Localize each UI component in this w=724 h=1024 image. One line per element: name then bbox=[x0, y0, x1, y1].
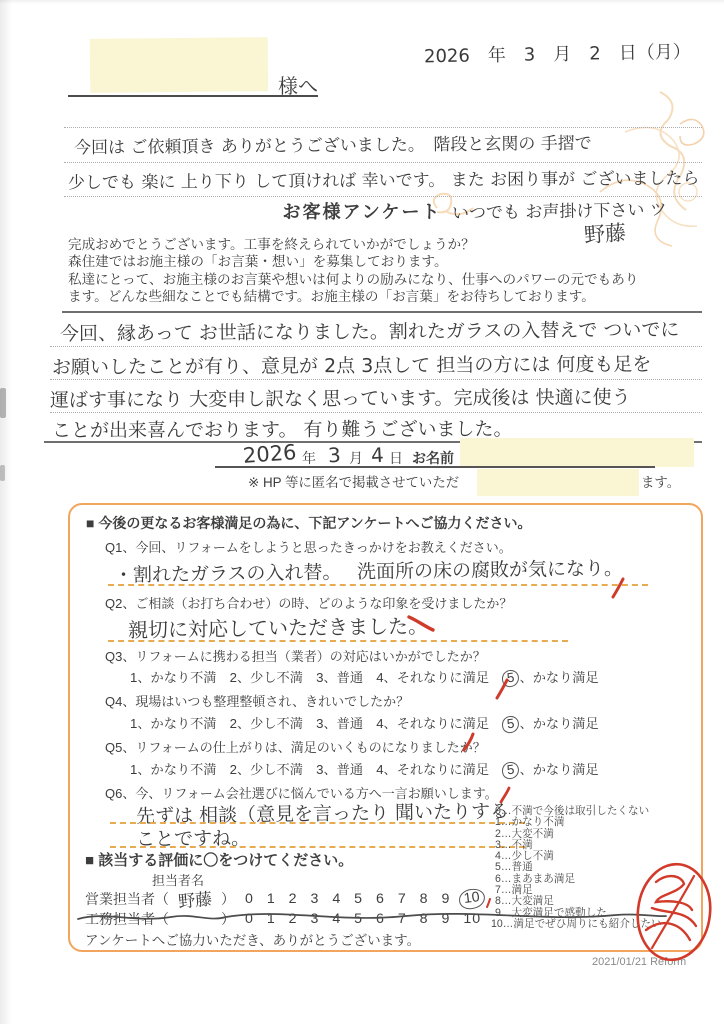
selected-rating: 5 bbox=[506, 716, 515, 732]
red-check-mark bbox=[406, 613, 436, 633]
ruled-line bbox=[50, 379, 702, 380]
rating-heading: ■ 該当する評価に〇をつけてください。 bbox=[85, 849, 353, 870]
legend-item: 1…かなり不満 bbox=[491, 817, 662, 828]
q3-options-row: 1、かなり不満 2、少し不満 3、普通 4、それなりに満足 5、かなり満足 bbox=[130, 667, 599, 687]
answer-line bbox=[110, 846, 525, 848]
red-check-mark bbox=[498, 786, 512, 804]
comment-line-3: 運ばす事になり 大変申し訳なく思っています。完成後は 快適に使う bbox=[50, 382, 631, 412]
privacy-note-suffix: ます。 bbox=[641, 472, 680, 491]
options-suffix: 、かなり満足 bbox=[520, 762, 599, 777]
q5-options-row: 1、かなり不満 2、少し不満 3、普通 4、それなりに満足 5、かなり満足 bbox=[130, 759, 599, 779]
sales-selected-score: 10 bbox=[463, 889, 481, 907]
options-prefix: 1、かなり不満 2、少し不満 3、普通 4、それなりに満足 bbox=[130, 670, 502, 685]
privacy-note-prefix: ※ HP 等に匿名で掲載させていただ bbox=[248, 472, 459, 491]
question-q2-label: Q2、ご相談（お打ち合わせ）の時、どのような印象を受けましたか？ bbox=[105, 593, 512, 612]
intro-line-4: ます。どんな些細なことでも結構です。お施主様の「お言葉」をお待ちしております。 bbox=[68, 285, 595, 305]
greeting-line-1: 今回は ご依頼頂き ありがとうございました。 階段と玄関の 手摺で bbox=[74, 129, 592, 159]
question-q3-label: Q3、リフォームに携わる担当（業者）の対応はいかがでしたか？ bbox=[105, 646, 486, 665]
comment-line-2: お願いしたことが有り、意見が 2点 3点して 担当の方には 何度も足を bbox=[52, 349, 651, 379]
options-suffix: 、かなり満足 bbox=[520, 716, 599, 731]
comment-line-1: 今回、縁あって お世話になりました。割れたガラスの入替えで ついでに bbox=[60, 315, 680, 346]
survey-heading: ■ 今後の更なるお客様満足の為に、下記アンケートへご協力ください。 bbox=[86, 513, 532, 533]
recipient-underline bbox=[68, 95, 318, 97]
comment-top-rule bbox=[62, 311, 702, 313]
comment-date-day: 4 bbox=[370, 443, 384, 468]
options-prefix: 1、かなり不満 2、少し不満 3、普通 4、それなりに満足 bbox=[130, 762, 502, 777]
question-q4-label: Q4、現場はいつも整理整頓され、きれいでしたか？ bbox=[105, 691, 409, 710]
day-label: 日 bbox=[389, 448, 403, 468]
scan-edge-top bbox=[0, 0, 724, 4]
q4-options-row: 1、かなり不満 2、少し不満 3、普通 4、それなりに満足 5、かなり満足 bbox=[130, 713, 599, 733]
ruled-line bbox=[50, 346, 702, 347]
options-prefix: 1、かなり不満 2、少し不満 3、普通 4、それなりに満足 bbox=[130, 716, 502, 731]
staff-signature: 野藤 bbox=[583, 217, 627, 250]
intro-line-2: 森住建ではお施主様の「お言葉・想い」を募集しております。 bbox=[68, 250, 448, 270]
year-label: 年 bbox=[302, 448, 316, 468]
red-dot-mark bbox=[485, 897, 493, 909]
greeting-line-2: 少しでも 楽に 上り下り して頂ければ 幸いです。 また お困り事が ございまし… bbox=[68, 164, 700, 193]
options-suffix: 、かなり満足 bbox=[520, 670, 599, 685]
name-label: お名前 bbox=[412, 448, 454, 468]
name-redaction-highlight bbox=[90, 37, 269, 93]
scan-edge-left bbox=[0, 0, 12, 1024]
ruled-line bbox=[64, 127, 702, 128]
red-check-mark bbox=[461, 731, 477, 753]
red-check-mark bbox=[610, 577, 626, 599]
pen-circle-mark: 5 bbox=[501, 761, 520, 780]
answer-line bbox=[108, 584, 648, 586]
page-title: お客様アンケート bbox=[232, 198, 492, 224]
red-approval-stamp bbox=[628, 850, 722, 970]
scanned-survey-page: 様へ 2026 年 3 月 2 日（月） 今回は ご依頼頂き ありがとうございま… bbox=[0, 0, 724, 1024]
question-q1-label: Q1、今回、リフォームをしようと思ったきっかけをお教えください。 bbox=[105, 537, 512, 556]
red-check-mark bbox=[494, 678, 510, 700]
privacy-redaction-highlight bbox=[477, 469, 639, 496]
scan-smudge bbox=[0, 465, 5, 481]
question-q5-label: Q5、リフォームの仕上がりは、満足のいくものになりましたか？ bbox=[105, 737, 486, 756]
pen-circle-mark: 5 bbox=[501, 715, 520, 734]
strikethrough-pen-line bbox=[76, 906, 670, 928]
comment-line-4: ことが出来喜んでおります。 有り難うございました。 bbox=[52, 414, 513, 443]
answer-line bbox=[108, 640, 568, 642]
month-label: 月 bbox=[349, 448, 363, 468]
q2-answer-handwriting: 親切に対応していただきました。 bbox=[128, 610, 428, 643]
sales-scale-numbers: 0 1 2 3 4 5 6 7 8 9 bbox=[245, 891, 450, 907]
signature-underline bbox=[215, 466, 655, 468]
comment-date-year: 2026 bbox=[242, 440, 297, 468]
thanks-note: アンケートへご協力いただき、ありがとうございます。 bbox=[85, 929, 420, 949]
selected-rating: 5 bbox=[506, 762, 515, 778]
ruled-line bbox=[50, 412, 702, 413]
scan-smudge bbox=[0, 388, 6, 418]
ruled-line bbox=[64, 162, 702, 163]
comment-date-month: 3 bbox=[327, 443, 341, 468]
name-redaction-highlight bbox=[460, 438, 694, 467]
handwritten-date: 2026 年 3 月 2 日（月） bbox=[424, 38, 691, 69]
